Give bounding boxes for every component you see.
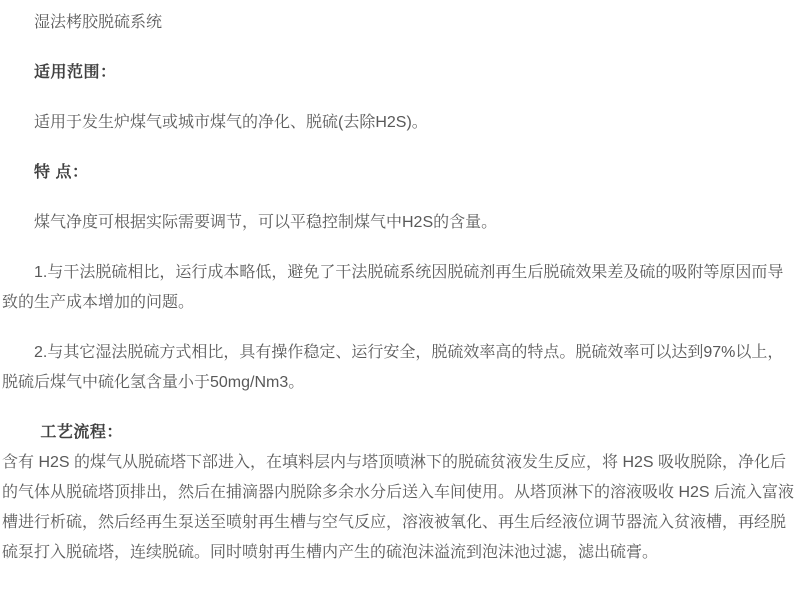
section-heading-scope: 适用范围：: [2, 58, 797, 88]
section-heading-features: 特 点：: [2, 158, 797, 188]
paragraph-features-intro: 煤气净度可根据实际需要调节，可以平稳控制煤气中H2S的含量。: [2, 208, 797, 238]
document-body: 湿法栲胶脱硫系统 适用范围： 适用于发生炉煤气或城市煤气的净化、脱硫(去除H2S…: [2, 8, 797, 568]
paragraph-process-flow: 含有 H2S 的煤气从脱硫塔下部进入，在填料层内与塔顶喷淋下的脱硫贫液发生反应，…: [2, 448, 797, 568]
paragraph-feature-2: 2.与其它湿法脱硫方式相比，具有操作稳定、运行安全，脱硫效率高的特点。脱硫效率可…: [2, 338, 797, 398]
page-title: 湿法栲胶脱硫系统: [2, 8, 797, 38]
paragraph-feature-1: 1.与干法脱硫相比，运行成本略低，避免了干法脱硫系统因脱硫剂再生后脱硫效果差及硫…: [2, 258, 797, 318]
section-heading-process: 工艺流程：: [2, 418, 797, 448]
paragraph-scope: 适用于发生炉煤气或城市煤气的净化、脱硫(去除H2S)。: [2, 108, 797, 138]
